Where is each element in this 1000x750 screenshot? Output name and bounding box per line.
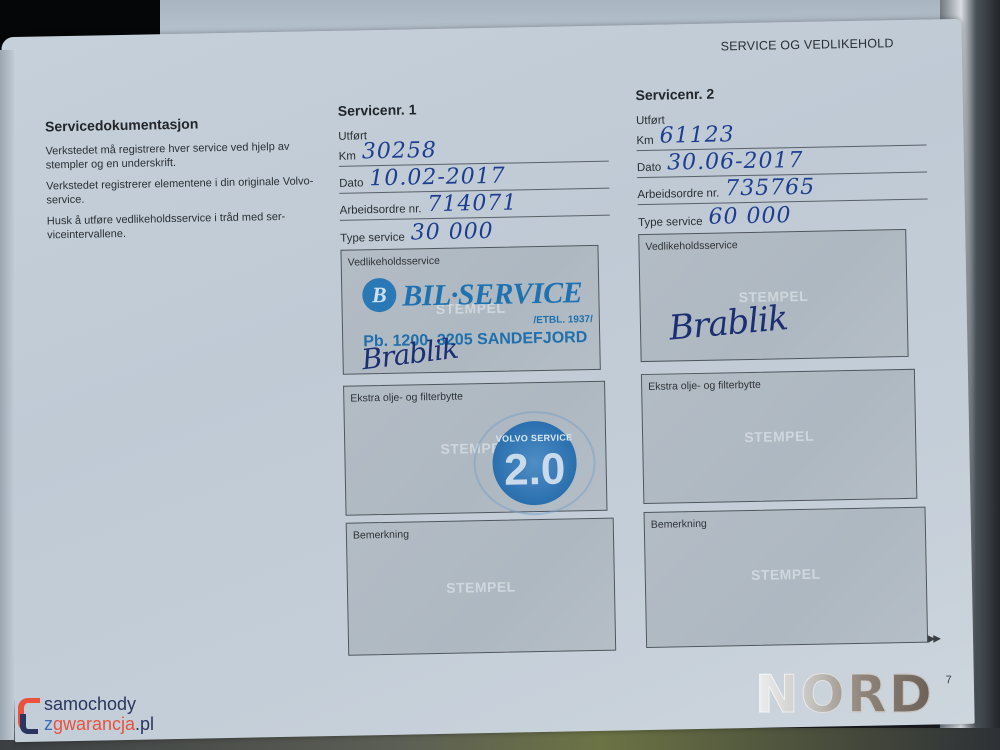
stamp-placeholder: STEMPEL xyxy=(643,426,915,447)
workshop-stamp: B BIL·SERVICE /ETBL. 1937/ Pb. 1200, 320… xyxy=(362,274,598,279)
type-label: Type service xyxy=(638,216,703,229)
workshop-established: /ETBL. 1937/ xyxy=(533,314,593,326)
date-label: Dato xyxy=(637,162,662,174)
box-label: Ekstra olje- og filterbytte xyxy=(648,379,761,393)
service-title: Servicenr. 1 xyxy=(338,98,608,119)
type-value: 60 000 xyxy=(708,206,791,228)
next-page-arrows-icon: ▶▶ xyxy=(928,633,940,644)
section-title: SERVICE OG VEDLIKEHOLD xyxy=(721,36,894,53)
date-label: Dato xyxy=(339,177,364,189)
service-title: Servicenr. 2 xyxy=(635,82,925,104)
type-field: Type service 60 000 xyxy=(638,200,928,233)
logo-line-2: zgwarancja.pl xyxy=(44,714,154,734)
intro-heading: Servicedokumentasjon xyxy=(45,113,315,134)
oil-filter-stamp-box: Ekstra olje- og filterbytte STEMPEL xyxy=(641,369,917,504)
booklet-page: SERVICE OG VEDLIKEHOLD Servicedokumentas… xyxy=(1,19,974,742)
stamp-placeholder: STEMPEL xyxy=(348,577,614,598)
work-order-value: 714071 xyxy=(427,193,517,215)
volvo-stamp-number: 2.0 xyxy=(492,444,577,496)
box-label: Bemerkning xyxy=(651,518,707,531)
oil-filter-stamp-box: Ekstra olje- og filterbytte STEMPEL VOLV… xyxy=(343,381,607,516)
work-order-value: 735765 xyxy=(725,178,815,200)
box-label: Vedlikeholdsservice xyxy=(645,239,737,253)
binding-edge xyxy=(0,50,14,740)
intro-paragraph: Verkstedet må registrere hver service ve… xyxy=(45,139,315,172)
km-label: Km xyxy=(339,150,356,162)
date-value: 10.02-2017 xyxy=(369,167,506,190)
workshop-name: BIL·SERVICE xyxy=(402,276,583,313)
type-label: Type service xyxy=(340,232,405,245)
km-label: Km xyxy=(636,135,653,147)
nord-watermark-logo: NORD xyxy=(755,665,934,725)
volvo-stamp-text: VOLVO SERVICE xyxy=(492,432,576,444)
page-number: 7 xyxy=(946,674,952,686)
remarks-box: Bemerkning STEMPEL xyxy=(346,518,617,656)
intro-paragraph: Husk å utføre vedlikeholdsservice i tråd… xyxy=(47,209,317,242)
intro-paragraph: Verkstedet registrerer elementene i din … xyxy=(46,174,316,207)
maintenance-stamp-box: Vedlikeholdsservice STEMPEL Brablik xyxy=(638,229,908,362)
type-value: 30 000 xyxy=(411,222,494,244)
logo-line-1: samochody xyxy=(44,694,136,714)
work-order-label: Arbeidsordre nr. xyxy=(340,203,422,217)
volvo-service-stamp: VOLVO SERVICE 2.0 xyxy=(473,410,597,516)
remarks-box: Bemerkning STEMPEL xyxy=(644,507,929,648)
intro-section: Servicedokumentasjon Verkstedet må regis… xyxy=(45,113,317,249)
service-entry-1: Servicenr. 1 Utført Km 30258 Dato 10.02-… xyxy=(338,98,619,656)
km-value: 61123 xyxy=(659,125,734,146)
work-order-label: Arbeidsordre nr. xyxy=(637,188,719,202)
type-field: Type service 30 000 xyxy=(340,216,610,248)
maintenance-stamp-box: Vedlikeholdsservice STEMPEL B BIL·SERVIC… xyxy=(340,245,600,375)
box-label: Vedlikeholdsservice xyxy=(348,255,440,269)
km-value: 30258 xyxy=(362,141,437,162)
date-value: 30.06-2017 xyxy=(667,151,804,174)
stamp-placeholder: STEMPEL xyxy=(646,564,926,585)
service-entry-2: Servicenr. 2 Utført Km 61123 Dato 30.06-… xyxy=(635,82,936,648)
box-label: Ekstra olje- og filterbytte xyxy=(350,390,463,404)
box-label: Bemerkning xyxy=(353,529,409,542)
